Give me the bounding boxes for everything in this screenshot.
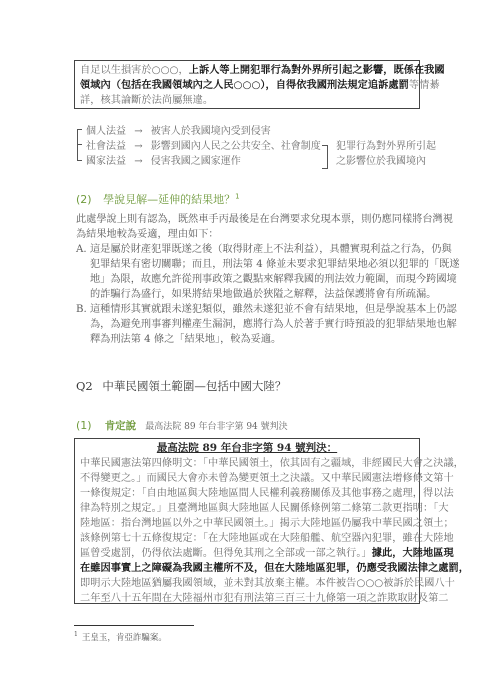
paragraph-line: 為結果地較為妥適，理由如下：	[76, 227, 219, 242]
judgment-line: 不得變更之。」而國民大會亦未曾為變更領土之決議。又中華民國憲法增修條文第十	[80, 471, 414, 486]
list-marker: A.	[76, 242, 87, 257]
judgment-line: 律為特別之規定。」且臺灣地區與大陸地區人民關係條例第二條第二款更指明：「大	[80, 501, 414, 516]
footnote-separator	[74, 625, 194, 626]
position-label: 肯定說	[105, 420, 137, 432]
judgment-line: 陸地區：指台灣地區以外之中華民國領土。」揭示大陸地區仍屬我中華民國之領土；	[80, 516, 414, 531]
list-item-line: 這種情形其實就跟未遂犯類似，雖然未遂犯並不會有結果地，但是學說基本上仍認	[90, 302, 457, 317]
footnote-number: 1	[74, 631, 78, 638]
arrow-right-icon: →	[134, 126, 142, 137]
diagram-row: 個人法益 → 被害人於我國境內受到侵害	[86, 124, 271, 139]
list-item-line: 這是屬於財產犯罪既遂之後（取得財產上不法利益），具體實現利益之行為，仍與	[90, 242, 452, 257]
diagram-row: 國家法益 → 侵害我國之國家運作	[86, 154, 241, 169]
interest-label: 國家法益	[86, 156, 126, 167]
list-item-line: 地」為限，故應允許從刑事政策之觀點來解釋我國的刑法效力範圍，而現今跨國境	[90, 272, 457, 287]
quote-bold-text: 領域內（包括在我國領域內之人民○○○），自得依我國刑法規定追訴處罰	[80, 80, 409, 91]
quote-text: 自足以生損害於○○○，	[80, 65, 189, 76]
interest-description: 影響到國內人民之公共安全、社會制度	[151, 141, 321, 152]
judgment-line: 區曾受處罰，仍得依法處斷。但得免其刑之全部或一部之執行。」據此，大陸地區現	[80, 546, 414, 561]
judgment-line: 一條復規定：「自由地區與大陸地區間人民權利義務關係及其他事務之處理，得以法	[80, 486, 414, 501]
judgment-line: 即明示大陸地區猶屬我國領域，並未對其放棄主權。本件被告○○○被訴於民國八十	[80, 576, 414, 591]
quote-line-3: 詳，核其論斷於法尚屬無違。	[80, 93, 414, 108]
list-item-line: 犯罪結果有密切關聯；而且，刑法第 4 條並未要求犯罪結果地必須以犯罪的「既遂	[90, 257, 460, 272]
quote-box-top: 自足以生損害於○○○，上訴人等上開犯罪行為對外界所引起之影響，既係在我國 領域內…	[74, 60, 420, 109]
quote-bold-text: 上訴人等上開犯罪行為對外界所引起之影響，既係在我國	[189, 65, 445, 76]
right-bracket	[322, 145, 328, 169]
arrow-right-icon: →	[134, 141, 142, 152]
interest-description: 侵害我國之國家運作	[151, 156, 241, 167]
quote-line-1: 自足以生損害於○○○，上訴人等上開犯罪行為對外界所引起之影響，既係在我國	[80, 63, 414, 78]
paragraph-line: 此處學說上則有認為，既然車手丙最後是在台灣要求兌現本票，則仍應同樣將台灣視	[76, 212, 453, 227]
section-title: 學說見解—延伸的結果地？	[103, 193, 235, 206]
interest-label: 個人法益	[86, 126, 126, 137]
judgment-line: 中華民國憲法第四條明文：「中華民國領土，依其固有之疆域，非經國民大會之決議，	[80, 456, 414, 471]
legal-interest-diagram: 個人法益 → 被害人於我國境內受到侵害 社會法益 → 影響到國內人民之公共安全、…	[76, 124, 436, 172]
case-citation: 最高法院 89 年台非字第 94 號判決	[145, 422, 287, 432]
judgment-bold-text: 在雖因事實上之障礙為我國主權所不及，但在大陸地區犯罪，仍應受我國法律之處罰，	[80, 563, 469, 574]
left-bracket-tick	[77, 144, 82, 145]
list-item-line: 的詐騙行為盛行，如果將結果地做過於狹隘之解釋，法益保護將會有所疏漏。	[90, 287, 436, 302]
footnote: 1王皇玉，肯亞詐騙案。	[74, 631, 167, 643]
quote-text: 等情綦	[409, 80, 440, 91]
affirmative-heading: (1) 肯定說 最高法院 89 年台非字第 94 號判決	[76, 414, 288, 433]
list-item-line: 為，為避免刑事審判權產生漏洞，應將行為人於著手實行時預設的犯罪結果地也解	[90, 317, 457, 332]
section-heading-2: (2) 學說見解—延伸的結果地？1	[76, 191, 240, 207]
judgment-title: 最高法院 89 年台非字第 94 號判決：	[80, 440, 414, 456]
left-bracket	[77, 129, 82, 161]
diagram-conclusion: 之影響位於我國境內	[336, 154, 426, 169]
question-label: Q2	[76, 379, 93, 393]
list-marker: B.	[76, 302, 87, 317]
section-number: (1)	[76, 419, 92, 432]
judgment-line: 在雖因事實上之障礙為我國主權所不及，但在大陸地區犯罪，仍應受我國法律之處罰，	[80, 561, 414, 576]
footnote-text: 王皇玉，肯亞詐騙案。	[82, 633, 167, 643]
judgment-bold-text: 據此，大陸地區現	[372, 548, 454, 559]
footnote-ref[interactable]: 1	[235, 192, 239, 200]
judgment-text: 區曾受處罰，仍得依法處斷。但得免其刑之全部或一部之執行。」	[80, 548, 372, 559]
interest-label: 社會法益	[86, 141, 126, 152]
judgment-line: 該條例第七十五條復規定：「在大陸地區或在大陸船艦、航空器內犯罪，雖在大陸地	[80, 531, 414, 546]
arrow-right-icon: →	[134, 156, 142, 167]
question-title: 中華民國領土範圍—包括中國大陸？	[102, 379, 286, 393]
judgment-box: 最高法院 89 年台非字第 94 號判決： 中華民國憲法第四條明文：「中華民國領…	[74, 438, 420, 604]
diagram-conclusion: 犯罪行為對外界所引起	[336, 139, 436, 154]
quote-line-2: 領域內（包括在我國領域內之人民○○○），自得依我國刑法規定追訴處罰等情綦	[80, 78, 414, 93]
diagram-row: 社會法益 → 影響到國內人民之公共安全、社會制度	[86, 139, 321, 154]
interest-description: 被害人於我國境內受到侵害	[151, 126, 271, 137]
judgment-line: 二年至八十五年間在大陸福州市犯有刑法第三百三十九條第一項之詐欺取財及第二	[80, 591, 414, 606]
list-item-line: 釋為刑法第 4 條之「結果地」，較為妥適。	[90, 332, 281, 347]
section-number: (2)	[76, 193, 92, 206]
question-heading: Q2 中華民國領土範圍—包括中國大陸？	[76, 378, 286, 394]
